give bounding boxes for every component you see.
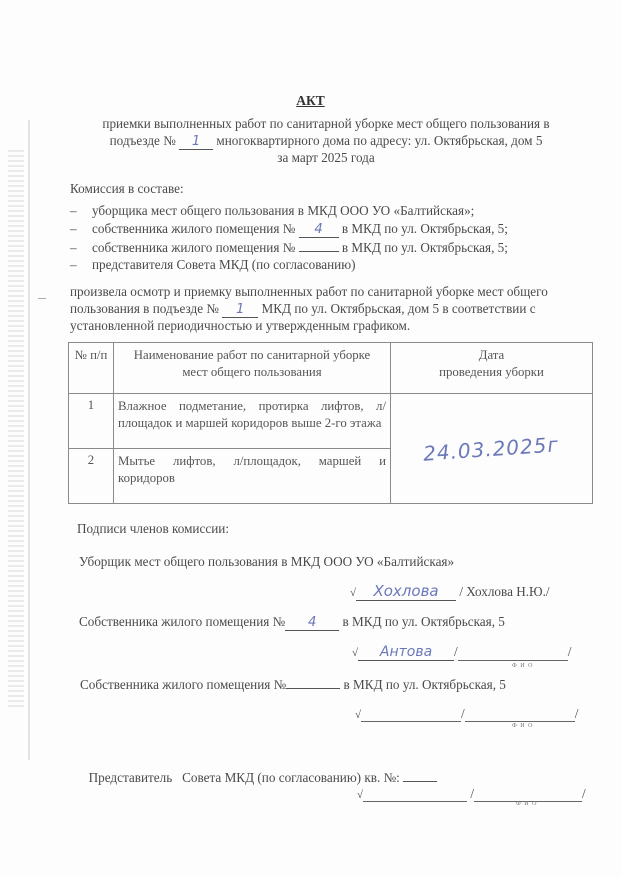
cleaner-label: Уборщик мест общего пользования в МКД ОО… <box>79 554 454 570</box>
header-date: Дата проведения уборки <box>391 343 593 394</box>
fio-caption: Ф И О <box>512 723 533 729</box>
owner1-signature-row: Собственника жилого помещения №4 в МКД п… <box>79 614 505 631</box>
cleaner-name: / Хохлова Н.Ю./ <box>459 584 549 599</box>
cleaner-signature: Хохлова <box>356 582 456 601</box>
representative-signature-line: √ // <box>357 786 586 802</box>
fio-caption: Ф И О <box>512 663 533 669</box>
owner1-apartment-field: 4 <box>299 222 339 238</box>
document-subtitle-line2: подъезде № 1 многоквартирного дома по ад… <box>0 133 621 150</box>
works-table: № п/п Наименование работ по санитарной у… <box>68 342 593 504</box>
document-period: за март 2025 года <box>0 150 621 166</box>
entrance-number-field: 1 <box>179 134 213 150</box>
scan-artifact <box>8 150 24 710</box>
representative-row: Представитель Совета МКД (по согласовани… <box>82 753 437 786</box>
document-subtitle-line1: приемки выполненных работ по санитарной … <box>0 116 621 132</box>
commission-member-representative: –представителя Совета МКД (по согласован… <box>70 257 355 273</box>
owner2-apartment-field <box>299 239 339 252</box>
fio-caption: Ф И О <box>516 801 537 807</box>
owner1-signature-line: √Антова// <box>352 644 571 661</box>
signatures-heading: Подписи членов комиссии: <box>77 521 229 537</box>
row-work-name: Влажное подметание, протирка лифтов, л/п… <box>114 394 391 449</box>
header-work-name: Наименование работ по санитарной уборке … <box>114 343 391 394</box>
cleaning-date-cell: 24.03.2025г <box>391 394 593 504</box>
owner2-signature-line: √// <box>355 706 578 722</box>
statement-line1: произвела осмотр и приемку выполненных р… <box>70 284 595 300</box>
header-num: № п/п <box>69 343 114 394</box>
owner2-apartment-number <box>286 676 340 689</box>
cleaning-date: 24.03.2025г <box>423 432 560 465</box>
row-work-name: Мытье лифтов, л/площадок, маршей и корид… <box>114 449 391 504</box>
row-num: 2 <box>69 449 114 504</box>
owner2-signature-row: Собственника жилого помещения № в МКД по… <box>80 676 506 693</box>
commission-heading: Комиссия в составе: <box>70 181 184 197</box>
statement-line2: пользования в подъезде № 1 МКД по ул. Ок… <box>70 301 536 318</box>
table-header-row: № п/п Наименование работ по санитарной у… <box>69 343 593 394</box>
commission-member-owner1: –собственника жилого помещения № 4 в МКД… <box>70 221 508 238</box>
commission-member-owner2: –собственника жилого помещения № в МКД п… <box>70 239 508 256</box>
statement-line3: установленной периодичностью и утвержден… <box>70 318 410 334</box>
cleaner-signature-line: √Хохлова / Хохлова Н.Ю./ <box>350 582 550 601</box>
table-row: 1 Влажное подметание, протирка лифтов, л… <box>69 394 593 449</box>
row-num: 1 <box>69 394 114 449</box>
commission-member-cleaner: –уборщика мест общего пользования в МКД … <box>70 203 474 219</box>
owner1-apartment-number: 4 <box>285 615 339 631</box>
representative-apartment-field <box>403 769 437 782</box>
document-title: АКТ <box>0 93 621 109</box>
scan-mark <box>38 298 46 299</box>
scan-artifact-line <box>28 120 30 760</box>
owner1-signature: Антова <box>358 644 454 661</box>
statement-entrance-field: 1 <box>222 302 258 318</box>
